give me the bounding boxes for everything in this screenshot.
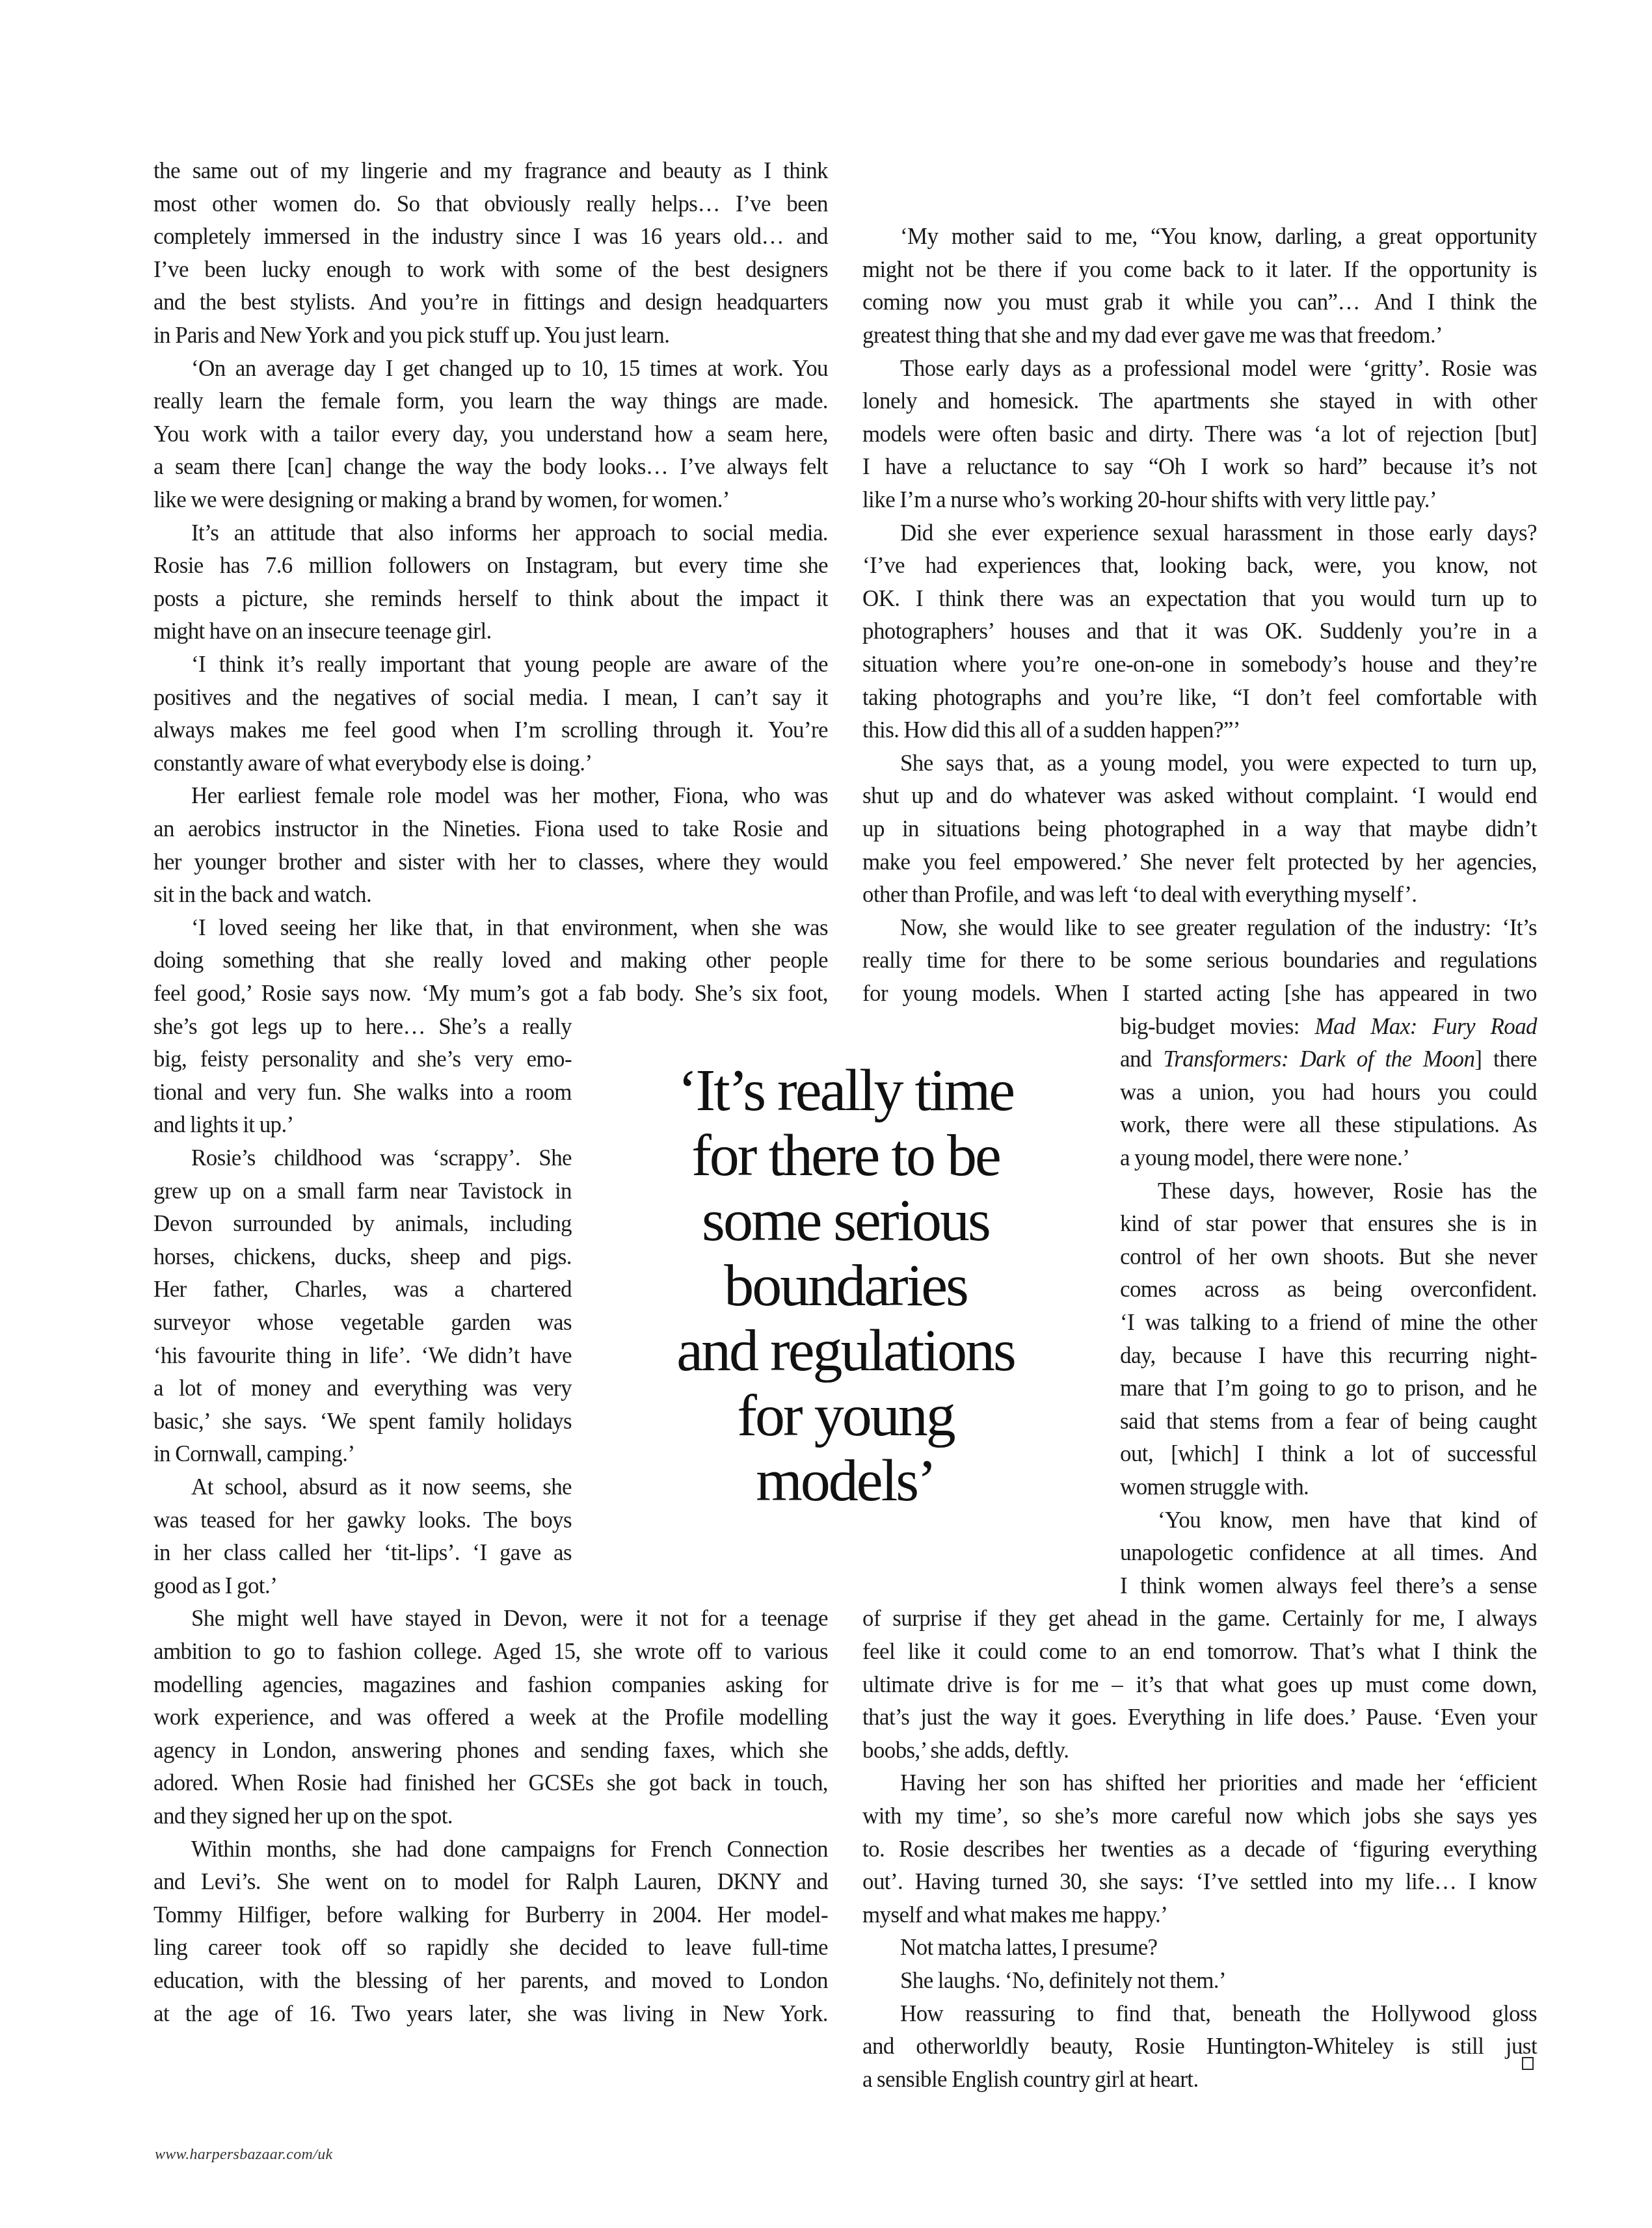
left-column-text-line: feel good,’ Rosie says now. ‘My mum’s go…: [153, 977, 828, 1010]
left-column-text-line: an aerobics instructor in the Nineties. …: [153, 813, 828, 845]
right-column-text-line: ‘I was talking to a friend of mine the o…: [1120, 1306, 1537, 1339]
left-column-text-line: at the age of 16. Two years later, she w…: [153, 1998, 828, 2030]
right-column-text-line: this. How did this all of a sudden happe…: [862, 714, 1537, 747]
left-column-text-line: and lights it up.’: [153, 1109, 572, 1141]
right-column-text-line: Did she ever experience sexual harassmen…: [900, 517, 1537, 550]
right-column-text-line: shut up and do whatever was asked withou…: [862, 780, 1537, 812]
right-column-text-line: boobs,’ she adds, deftly.: [862, 1734, 1537, 1767]
left-column-text-line: in her class called her ‘tit-lips’. ‘I g…: [153, 1537, 572, 1569]
left-column-text-line: constantly aware of what everybody else …: [153, 747, 828, 780]
left-column-text-line: ‘his favourite thing in life’. ‘We didn’…: [153, 1340, 572, 1372]
right-column-text-line: to. Rosie describes her twenties as a de…: [862, 1833, 1537, 1866]
left-column-text-line: positives and the negatives of social me…: [153, 682, 828, 714]
left-column-text-line: like we were designing or making a brand…: [153, 484, 828, 516]
left-column-text-line: big, feisty personality and she’s very e…: [153, 1043, 572, 1076]
left-column-text-line: At school, absurd as it now seems, she: [191, 1471, 572, 1504]
left-column-text-line: tional and very fun. She walks into a ro…: [153, 1076, 572, 1109]
left-column-text-line: in Paris and New York and you pick stuff…: [153, 319, 828, 352]
left-column-text-line: in Cornwall, camping.’: [153, 1438, 572, 1470]
pull-quote-line: ‘It’s really time: [637, 1057, 1054, 1123]
left-column-text-line: good as I got.’: [153, 1570, 572, 1602]
right-column-text-line: OK. I think there was an expectation tha…: [862, 583, 1537, 615]
right-column-text-line: Now, she would like to see greater regul…: [900, 912, 1537, 944]
magazine-page: the same out of my lingerie and my fragr…: [0, 0, 1652, 2228]
right-column-text-line: She laughs. ‘No, definitely not them.’: [900, 1965, 1537, 1997]
right-column-text-line: I think women always feel there’s a sens…: [1120, 1570, 1537, 1602]
right-column-text-line: up in situations being photographed in a…: [862, 813, 1537, 845]
right-column-text-line: control of her own shoots. But she never: [1120, 1241, 1537, 1273]
right-column-text-line: Not matcha lattes, I presume?: [900, 1931, 1537, 1964]
right-column-text-line: Having her son has shifted her prioritie…: [900, 1767, 1537, 1799]
right-column-text-line: comes across as being overconfident.: [1120, 1273, 1537, 1306]
right-column-text-line: photographers’ houses and that it was OK…: [862, 615, 1537, 648]
right-column-text-line: myself and what makes me happy.’: [862, 1899, 1537, 1931]
right-column-text-line: for young models. When I started acting …: [862, 977, 1537, 1010]
left-column-text-line: horses, chickens, ducks, sheep and pigs.: [153, 1241, 572, 1273]
right-column-text-line: How reassuring to find that, beneath the…: [900, 1998, 1537, 2030]
left-column-text-line: work experience, and was offered a week …: [153, 1701, 828, 1734]
right-column-text-line: was a union, you had hours you could: [1120, 1076, 1537, 1109]
left-column-text-line: might have on an insecure teenage girl.: [153, 615, 828, 648]
right-column-text-line: ‘My mother said to me, “You know, darlin…: [900, 220, 1537, 253]
end-of-article-square-icon: [1522, 2057, 1534, 2070]
left-column-text-line: was teased for her gawky looks. The boys: [153, 1504, 572, 1537]
right-column-text-line: said that stems from a fear of being cau…: [1120, 1405, 1537, 1438]
left-column-text-line: a lot of money and everything was very: [153, 1372, 572, 1405]
pull-quote-line: for there to be: [637, 1122, 1054, 1188]
pull-quote-line: boundaries: [637, 1252, 1054, 1318]
right-column-text-line: Those early days as a professional model…: [900, 352, 1537, 385]
left-column-text-line: a seam there [can] change the way the bo…: [153, 451, 828, 483]
right-column-text-line: out’. Having turned 30, she says: ‘I’ve …: [862, 1866, 1537, 1898]
right-column-text-line: unapologetic confidence at all times. An…: [1120, 1537, 1537, 1569]
footer-website-url: www.harpersbazaar.com/uk: [155, 2146, 332, 2164]
left-column-text-line: ambition to go to fashion college. Aged …: [153, 1636, 828, 1668]
right-column-text-line: out, [which] I think a lot of successful: [1120, 1438, 1537, 1470]
left-column-text-line: always makes me feel good when I’m scrol…: [153, 714, 828, 747]
left-column-text-line: doing something that she really loved an…: [153, 944, 828, 977]
left-column-text-line: really learn the female form, you learn …: [153, 385, 828, 418]
left-column-text-line: Tommy Hilfiger, before walking for Burbe…: [153, 1899, 828, 1931]
left-column-text-line: She might well have stayed in Devon, wer…: [191, 1602, 828, 1635]
left-column-text-line: surveyor whose vegetable garden was: [153, 1306, 572, 1339]
right-column-text-line: I have a reluctance to say “Oh I work so…: [862, 451, 1537, 483]
right-column-text-line: ultimate drive is for me – it’s that wha…: [862, 1669, 1537, 1701]
left-column-text-line: I’ve been lucky enough to work with some…: [153, 254, 828, 286]
right-column-text-line: a sensible English country girl at heart…: [862, 2063, 1537, 2096]
left-column-text-line: It’s an attitude that also informs her a…: [191, 517, 828, 550]
film-title: Mad Max: Fury Road: [1314, 1014, 1537, 1039]
left-column-text-line: modelling agencies, magazines and fashio…: [153, 1669, 828, 1701]
right-column-text-line: of surprise if they get ahead in the gam…: [862, 1602, 1537, 1635]
left-column-text-line: and the best stylists. And you’re in fit…: [153, 286, 828, 319]
right-column-text-line: ‘You know, men have that kind of: [1158, 1504, 1537, 1537]
right-column-text-line: make you feel empowered.’ She never felt…: [862, 846, 1537, 879]
right-column-text-line: models were often basic and dirty. There…: [862, 418, 1537, 451]
left-column-text-line: Her father, Charles, was a chartered: [153, 1273, 572, 1306]
left-column-text-line: ‘I loved seeing her like that, in that e…: [191, 912, 828, 944]
right-column-text-line: big-budget movies: Mad Max: Fury Road: [1120, 1011, 1537, 1043]
right-column-text-line: These days, however, Rosie has the: [1158, 1175, 1537, 1208]
right-column-text-line: lonely and homesick. The apartments she …: [862, 385, 1537, 418]
left-column-text-line: Rosie has 7.6 million followers on Insta…: [153, 550, 828, 582]
left-column-text-line: ling career took off so rapidly she deci…: [153, 1931, 828, 1964]
right-column-text-line: that’s just the way it goes. Everything …: [862, 1701, 1537, 1734]
left-column-text-line: the same out of my lingerie and my fragr…: [153, 155, 828, 187]
left-column-text-line: posts a picture, she reminds herself to …: [153, 583, 828, 615]
right-column-text-line: women struggle with.: [1120, 1471, 1537, 1504]
left-column-text-line: adored. When Rosie had finished her GCSE…: [153, 1767, 828, 1799]
left-column-text-line: her younger brother and sister with her …: [153, 846, 828, 879]
pull-quote-line: some serious: [637, 1187, 1054, 1253]
pull-quote-line: and regulations: [637, 1317, 1054, 1383]
right-column-text-line: ‘I’ve had experiences that, looking back…: [862, 550, 1537, 582]
left-column-text-line: and Levi’s. She went on to model for Ral…: [153, 1866, 828, 1898]
right-column-text-line: greatest thing that she and my dad ever …: [862, 319, 1537, 352]
left-column-text-line: education, with the blessing of her pare…: [153, 1965, 828, 1997]
right-column-text-line: taking photographs and you’re like, “I d…: [862, 682, 1537, 714]
left-column-text-line: ‘I think it’s really important that youn…: [191, 648, 828, 681]
left-column-text-line: Her earliest female role model was her m…: [191, 780, 828, 812]
left-column-text-line: she’s got legs up to here… She’s a reall…: [153, 1011, 572, 1043]
left-column-text-line: Within months, she had done campaigns fo…: [191, 1833, 828, 1866]
pull-quote-line: for young: [637, 1382, 1054, 1448]
right-column-text-line: and otherworldly beauty, Rosie Huntingto…: [862, 2030, 1537, 2063]
left-column-text-line: grew up on a small farm near Tavistock i…: [153, 1175, 572, 1208]
left-column-text-line: most other women do. So that obviously r…: [153, 188, 828, 220]
left-column-text-line: Devon surrounded by animals, including: [153, 1208, 572, 1240]
right-column-text-line: like I’m a nurse who’s working 20-hour s…: [862, 484, 1537, 516]
right-column-text-line: day, because I have this recurring night…: [1120, 1340, 1537, 1372]
right-column-text-line: really time for there to be some serious…: [862, 944, 1537, 977]
right-column-text-line: work, there were all these stipulations.…: [1120, 1109, 1537, 1141]
right-column-text-line: coming now you must grab it while you ca…: [862, 286, 1537, 319]
right-column-text-line: might not be there if you come back to i…: [862, 254, 1537, 286]
right-column-text-line: with my time’, so she’s more careful now…: [862, 1800, 1537, 1833]
left-column-text-line: sit in the back and watch.: [153, 879, 828, 911]
right-column-text-line: and Transformers: Dark of the Moon] ther…: [1120, 1043, 1537, 1076]
pull-quote-line: models’: [637, 1447, 1054, 1513]
right-column-text-line: situation where you’re one-on-one in som…: [862, 648, 1537, 681]
left-column-text-line: Rosie’s childhood was ‘scrappy’. She: [191, 1142, 572, 1174]
right-column-text-line: kind of star power that ensures she is i…: [1120, 1208, 1537, 1240]
left-column-text-line: agency in London, answering phones and s…: [153, 1734, 828, 1767]
right-column-text-line: mare that I’m going to go to prison, and…: [1120, 1372, 1537, 1405]
left-column-text-line: completely immersed in the industry sinc…: [153, 220, 828, 253]
left-column-text-line: and they signed her up on the spot.: [153, 1800, 828, 1833]
film-title: Transformers: Dark of the Moon: [1163, 1046, 1474, 1072]
left-column-text-line: You work with a tailor every day, you un…: [153, 418, 828, 451]
right-column-text-line: feel like it could come to an end tomorr…: [862, 1636, 1537, 1668]
right-column-text-line: She says that, as a young model, you wer…: [900, 747, 1537, 780]
left-column-text-line: basic,’ she says. ‘We spent family holid…: [153, 1405, 572, 1438]
right-column-text-line: a young model, there were none.’: [1120, 1142, 1537, 1174]
right-column-text-line: other than Profile, and was left ‘to dea…: [862, 879, 1537, 911]
left-column-text-line: ‘On an average day I get changed up to 1…: [191, 352, 828, 385]
